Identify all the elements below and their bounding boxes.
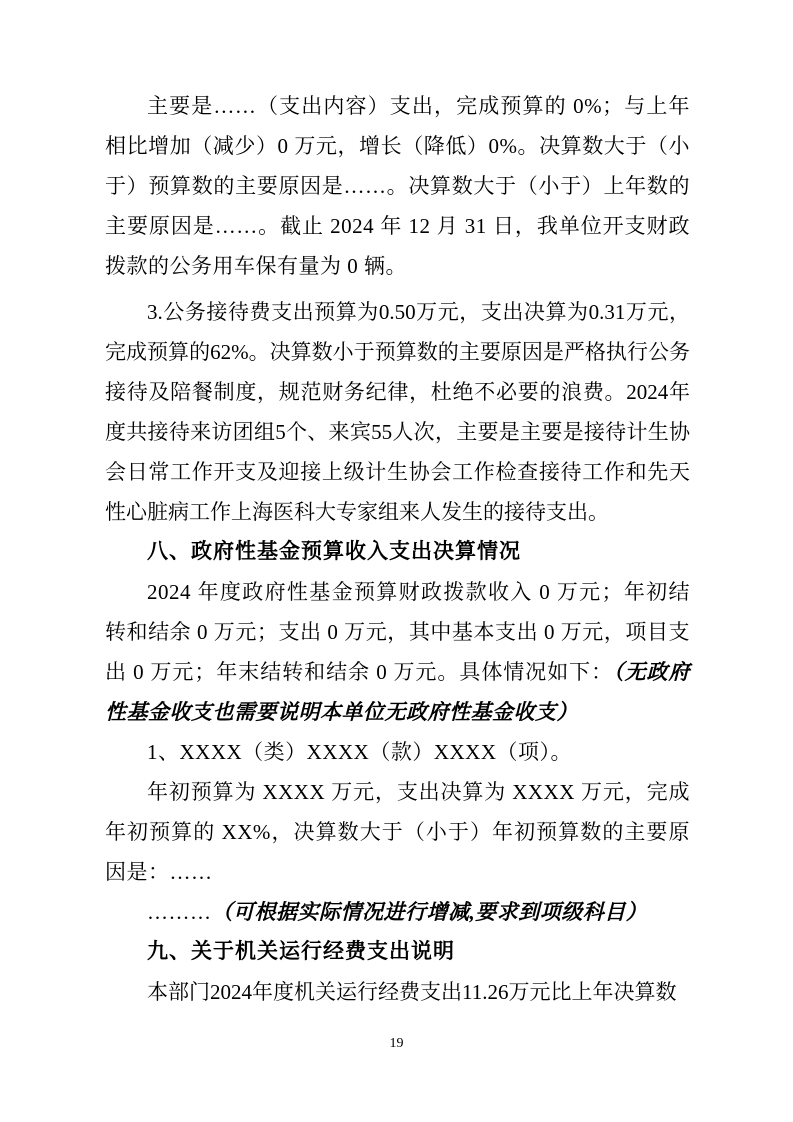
page-number: 19: [0, 1036, 793, 1052]
paragraph-item-1: 1、XXXX（类）XXXX（款）XXXX（项）。: [105, 732, 690, 772]
adjust-ellipsis: ………: [147, 900, 212, 924]
paragraph-budget-detail: 年初预算为 XXXX 万元，支出决算为 XXXX 万元，完成年初预算的 XX%，…: [105, 772, 690, 892]
gov-fund-text: 2024 年度政府性基金预算财政拨款收入 0 万元；年初结转和结余 0 万元；支…: [105, 580, 690, 684]
paragraph-official-reception: 3.公务接待费支出预算为0.50万元，支出决算为0.31万元，完成预算的62%。…: [105, 292, 690, 532]
document-body: 主要是……（支出内容）支出，完成预算的 0%；与上年相比增加（减少）0 万元，增…: [105, 86, 690, 1012]
paragraph-operating-expense: 本部门2024年度机关运行经费支出11.26万元比上年决算数: [105, 972, 690, 1012]
adjust-note: （可根据实际情况进行增减,要求到项级科目）: [212, 900, 648, 924]
paragraph-expense-summary: 主要是……（支出内容）支出，完成预算的 0%；与上年相比增加（减少）0 万元，增…: [105, 86, 690, 286]
heading-section-9: 九、关于机关运行经费支出说明: [105, 932, 690, 972]
paragraph-adjust-note: ………（可根据实际情况进行增减,要求到项级科目）: [105, 892, 690, 932]
paragraph-gov-fund: 2024 年度政府性基金预算财政拨款收入 0 万元；年初结转和结余 0 万元；支…: [105, 572, 690, 732]
document-page: 主要是……（支出内容）支出，完成预算的 0%；与上年相比增加（减少）0 万元，增…: [0, 0, 793, 1122]
heading-section-8: 八、政府性基金预算收入支出决算情况: [105, 532, 690, 572]
